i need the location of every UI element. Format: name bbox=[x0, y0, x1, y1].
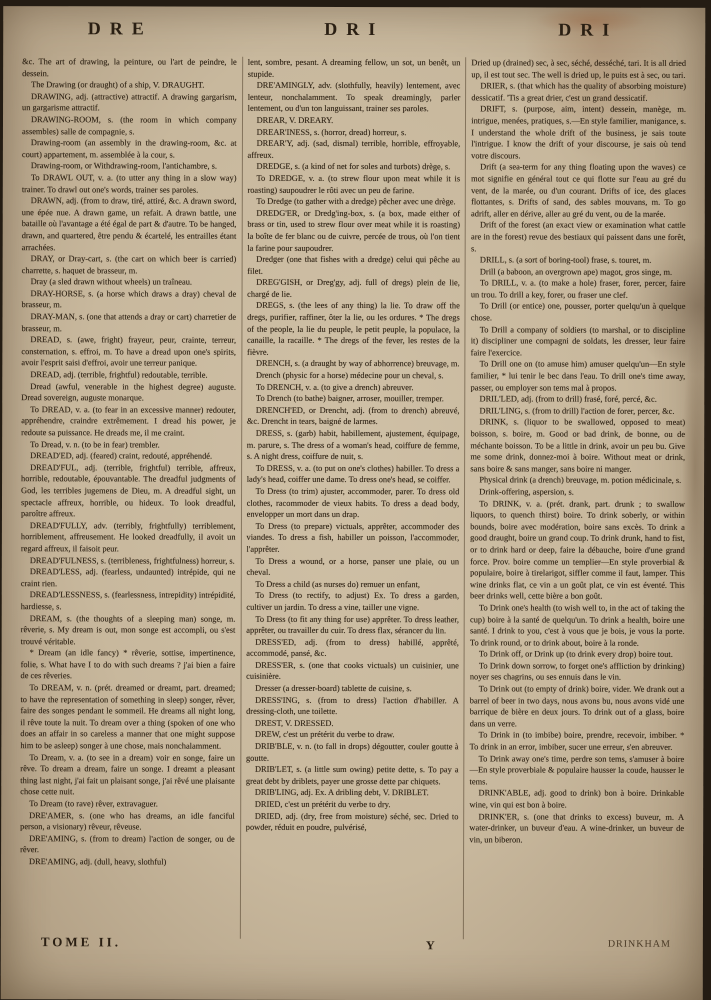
dictionary-entry: DRINK'ABLE, adj. good to drink) bon à bo… bbox=[469, 788, 684, 812]
dictionary-entry: * Dream (an idle fancy) * rêverie, sotti… bbox=[21, 647, 236, 682]
dictionary-entry: To Dream (to rave) rêver, extravaguer. bbox=[20, 798, 235, 810]
signature-mark: Y bbox=[426, 938, 435, 953]
column-2: lent, sombre, pesant. A dreaming fellow,… bbox=[240, 57, 467, 940]
page-footer: TOME II. Y DRINKHAM bbox=[15, 934, 689, 956]
dictionary-entry: DRAY-MAN, s. (one that attends a dray or… bbox=[21, 311, 236, 335]
dictionary-entry: DREAD'LESS, adj. (fearless, undaunted) i… bbox=[21, 566, 236, 590]
dictionary-entry: DRIL'LING, s. (from to drill) l'action d… bbox=[471, 405, 686, 417]
dictionary-entry: To DRENCH, v. a. (to give a drench) abre… bbox=[247, 381, 460, 393]
dictionary-entry: DREAM, s. (the thoughts of a sleeping ma… bbox=[21, 613, 236, 648]
dictionary-entry: To Drink out (to empty of drink) boire, … bbox=[470, 683, 685, 730]
dictionary-entry: To DRAWL OUT, v. a. (to utter any thing … bbox=[22, 172, 237, 196]
dictionary-entry: DRAWING, adj. (attractive) attractif. A … bbox=[22, 91, 237, 115]
dictionary-entry: Drill (a baboon, an overgrown ape) magot… bbox=[471, 266, 686, 278]
dictionary-entry: Drift of the forest (an exact view or ex… bbox=[471, 220, 686, 255]
dictionary-entry: To Drink in (to imbibe) boire, prendre, … bbox=[470, 730, 685, 754]
dictionary-entry: To DREAM, v. n. (prét. dreamed or dreamt… bbox=[20, 682, 235, 752]
dictionary-entry: The Drawing (or draught) of a ship, V. D… bbox=[22, 79, 237, 91]
dictionary-entry: DREAD, adj. (terrible, frightful) redout… bbox=[21, 369, 236, 381]
volume-label: TOME II. bbox=[41, 934, 121, 950]
running-head-right: DRI bbox=[471, 19, 705, 50]
dictionary-entry: To Dress (to rectify, to adjust) Ex. To … bbox=[246, 590, 459, 614]
dictionary-entry: DRIB'LING, adj. Ex. A dribling debt, V. … bbox=[246, 787, 459, 799]
dictionary-entry: To DRESS, v. a. (to put on one's clothes… bbox=[247, 463, 460, 487]
column-1: &c. The art of drawing, la peinture, ou … bbox=[15, 56, 242, 939]
running-head-left: DRE bbox=[3, 18, 237, 49]
dictionary-entry: To Drill a company of soldiers (to marsh… bbox=[471, 324, 686, 359]
dictionary-entry: DRIFT, s. (purpose, aim, intent) dessein… bbox=[471, 104, 686, 163]
dictionary-entry: DRAY, or Dray-cart, s. (the cart on whic… bbox=[22, 253, 237, 277]
dictionary-entry: Dray (a sled drawn without wheels) un tr… bbox=[22, 276, 237, 288]
dictionary-entry: DRIED, c'est un prétérit du verbe to dry… bbox=[246, 799, 459, 811]
dictionary-entry: To DREAD, v. a. (to fear in an excessive… bbox=[21, 404, 236, 439]
dictionary-entry: To DRILL, v. a. (to make a hole) fraser,… bbox=[471, 278, 686, 302]
dictionary-entry: DREDG'ER, or Dredg'ing-box, s. (a box, m… bbox=[247, 207, 460, 254]
dictionary-entry: DRESS'ED, adj. (from to dress) habillé, … bbox=[246, 636, 459, 660]
dictionary-entry: To Dress (to fit any thing for use) appr… bbox=[246, 613, 459, 637]
dictionary-entry: DREAD'FULNESS, s. (terribleness, frightf… bbox=[21, 555, 236, 567]
dictionary-entry: To DRINK, v. a. (prét. drank, part. drun… bbox=[470, 498, 685, 603]
dictionary-entry: DRENCH, s. (a draught by way of abhorren… bbox=[247, 358, 460, 370]
dictionary-entry: DRIB'BLE, v. n. (to fall in drops) dégou… bbox=[246, 741, 459, 765]
dictionary-entry: To Drench (to bathe) baigner, arroser, m… bbox=[247, 393, 460, 405]
dictionary-entry: Drench (physic for a horse) médecine pou… bbox=[247, 370, 460, 382]
dictionary-entry: DREAD'FUL, adj. (terrible, frightful) te… bbox=[21, 462, 236, 521]
running-heads: DRE DRI DRI bbox=[3, 18, 705, 50]
dictionary-entry: DRE'AMER, s. (one who has dreams, an idl… bbox=[20, 810, 235, 834]
dictionary-entry: DRAWING-ROOM, s. (the room in which comp… bbox=[22, 114, 237, 138]
dictionary-entry: DRAWN, adj. (from to draw, tiré, attiré,… bbox=[22, 195, 237, 254]
dictionary-entry: DREAD, s. (awe, fright) frayeur, peur, c… bbox=[21, 334, 236, 369]
dictionary-entry: To Drill one on (to amuse him) amuser qu… bbox=[471, 359, 686, 394]
dictionary-entry: Drawing-room (an assembly in the drawing… bbox=[22, 137, 237, 161]
dictionary-entry: DRIER, s. (that which has the quality of… bbox=[471, 80, 686, 104]
catchword: DRINKHAM bbox=[608, 939, 671, 950]
dictionary-entry: &c. The art of drawing, la peinture, ou … bbox=[22, 56, 237, 80]
dictionary-entry: To Drink away one's time, perdre son tem… bbox=[470, 753, 685, 788]
dictionary-entry: DRESS'ER, s. (one that cooks victuals) u… bbox=[246, 660, 459, 684]
dictionary-entry: Dresser (a dresser-board) tablette de cu… bbox=[246, 683, 459, 695]
dictionary-entry: DRILL, s. (a sort of boring-tool) frase,… bbox=[471, 254, 686, 266]
dictionary-entry: DRE'AMING, adj. (dull, heavy, slothful) bbox=[20, 856, 235, 868]
dictionary-entry: DREG'GISH, or Dreg'gy, adj. full of dreg… bbox=[247, 277, 460, 301]
paper-page: DRE DRI DRI &c. The art of drawing, la p… bbox=[1, 6, 706, 1000]
dictionary-entry: DRAY-HORSE, s. (a horse which draws a dr… bbox=[22, 288, 237, 312]
dictionary-entry: DRESS, s. (garb) habit, habillement, aju… bbox=[247, 428, 460, 463]
dictionary-entry: DREDGE, s. (a kind of net for soles and … bbox=[248, 161, 461, 173]
dictionary-entry: To Drink one's health (to wish well to, … bbox=[470, 602, 685, 649]
dictionary-entry: To Dress (to trim) ajuster, accommoder, … bbox=[247, 486, 460, 521]
dictionary-entry: Dried up (drained) sec, à sec, séché, de… bbox=[471, 57, 686, 81]
dictionary-entry: To DREDGE, v. a. (to strew flour upon me… bbox=[247, 173, 460, 197]
dictionary-entry: Physical drink (a drench) breuvage, m. p… bbox=[470, 475, 685, 487]
dictionary-entry: DRINK'ER, s. (one that drinks to excess)… bbox=[469, 811, 684, 846]
dictionary-entry: To Dress (to prepare) victuals, apprêter… bbox=[247, 520, 460, 555]
dictionary-entry: Drift (a sea-term for any thing floating… bbox=[471, 162, 686, 221]
dictionary-entry: DRINK, s. (liquor to be swallowed, oppos… bbox=[470, 417, 685, 476]
dictionary-entry: DREAD'LESSNESS, s. (fearlessness, intrep… bbox=[21, 589, 236, 613]
dictionary-entry: DRENCH'ED, or Drencht, adj. (from to dre… bbox=[247, 405, 460, 429]
column-3: Dried up (drained) sec, à sec, séché, de… bbox=[464, 57, 691, 940]
dictionary-entry: DRESS'ING, s. (from to dress) l'action d… bbox=[246, 694, 459, 718]
dictionary-entry: DREAR, V. DREARY. bbox=[248, 115, 461, 127]
dictionary-entry: DREAR'INESS, s. (horror, dread) horreur,… bbox=[248, 126, 461, 138]
dictionary-entry: To Dress a child (as nurses do) remuer u… bbox=[246, 578, 459, 590]
dictionary-entry: Drawing-room, or Withdrawing-room, l'ant… bbox=[22, 160, 237, 172]
dictionary-entry: DREAR'Y, adj. (sad, dismal) terrible, ho… bbox=[248, 138, 461, 162]
dictionary-entry: DREW, c'est un prétérit du verbe to draw… bbox=[246, 729, 459, 741]
dictionary-entry: To Dress a wound, or a horse, panser une… bbox=[246, 555, 459, 579]
dictionary-entry: DRE'AMINGLY, adv. (slothfully, heavily) … bbox=[248, 80, 461, 115]
running-head-center: DRI bbox=[237, 19, 471, 50]
dictionary-entry: DRIB'LET, s. (a little sum owing) petite… bbox=[246, 764, 459, 788]
dictionary-entry: To Drink off, or Drink up (to drink ever… bbox=[470, 649, 685, 661]
dictionary-entry: DREAD'FULLY, adv. (terribly, frightfully… bbox=[21, 520, 236, 555]
dictionary-entry: DREAD'ED, adj. (feared) craint, redouté,… bbox=[21, 450, 236, 462]
dictionary-entry: lent, sombre, pesant. A dreaming fellow,… bbox=[248, 57, 461, 81]
dictionary-entry: DRIED, adj. (dry, free from moisture) sé… bbox=[246, 810, 459, 834]
dictionary-entry: DREST, V. DRESSED. bbox=[246, 718, 459, 730]
dictionary-entry: Dredger (one that fishes with a dredge) … bbox=[247, 254, 460, 278]
dictionary-entry: To Dream, v. a. (to see in a dream) voir… bbox=[20, 752, 235, 799]
dictionary-entry: Drink-offering, aspersion, s. bbox=[470, 486, 685, 498]
dictionary-entry: To Drill (or entice) one, pousser, porte… bbox=[471, 301, 686, 325]
dictionary-entry: DREGS, s. (the lees of any thing) la lie… bbox=[247, 300, 460, 359]
dictionary-entry: To Dread, v. n. (to be in fear) trembler… bbox=[21, 439, 236, 451]
text-columns: &c. The art of drawing, la peinture, ou … bbox=[15, 56, 691, 940]
dictionary-entry: To Drink down sorrow, to forget one's af… bbox=[470, 660, 685, 684]
scanned-dictionary-page: { "page": { "headers": ["DRE", "DRI", "D… bbox=[0, 0, 711, 1000]
dictionary-entry: To Dredge (to gather with a dredge) pêch… bbox=[247, 196, 460, 208]
dictionary-entry: Dread (awful, venerable in the highest d… bbox=[21, 381, 236, 405]
dictionary-entry: DRE'AMING, s. (from to dream) l'action d… bbox=[20, 833, 235, 857]
dictionary-entry: DRIL'LED, adj. (from to drill) frasé, fo… bbox=[471, 394, 686, 406]
